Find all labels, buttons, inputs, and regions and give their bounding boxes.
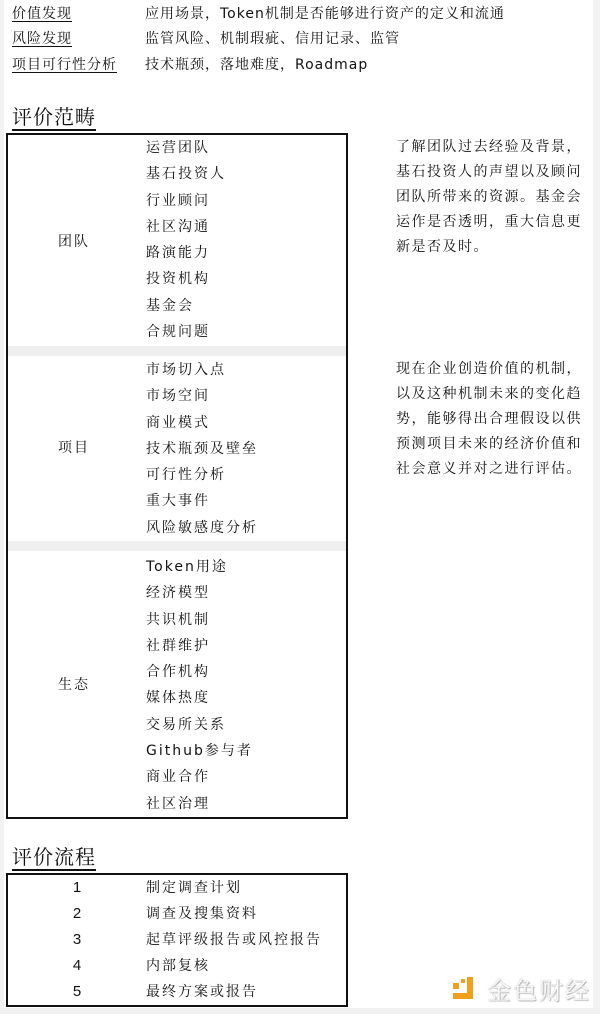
page-edge xyxy=(0,1008,600,1014)
scope-item: 风险敏感度分析 xyxy=(146,515,258,541)
watermark-text: 金色财经 xyxy=(487,971,591,1006)
step-label: 最终方案或报告 xyxy=(146,979,258,1005)
scope-item: 社群维护 xyxy=(146,633,253,659)
scope-item: Token用途 xyxy=(146,554,253,580)
scope-note-team: 了解团队过去经验及背景，基石投资人的声望以及顾问团队所带来的资源。基金会运作是否… xyxy=(396,135,586,260)
step-number: 5 xyxy=(70,979,84,1005)
definition-description: 应用场景，Token机制是否能够进行资产的定义和流通 xyxy=(145,3,505,25)
scope-item: 合作机构 xyxy=(146,659,253,685)
step-number: 4 xyxy=(70,953,84,979)
step-label: 内部复核 xyxy=(146,953,210,979)
page-edge xyxy=(593,0,600,1014)
step-label: 调查及搜集资料 xyxy=(146,901,258,927)
definition-term: 项目可行性分析 xyxy=(12,54,145,76)
group-divider xyxy=(8,541,346,551)
scope-item: 合规问题 xyxy=(146,319,226,345)
process-row: 5 最终方案或报告 xyxy=(8,979,346,1005)
scope-item: 路演能力 xyxy=(146,240,226,266)
definition-row: 项目可行性分析技术瓶颈，落地难度，Roadmap xyxy=(12,54,368,76)
scope-item: 可行性分析 xyxy=(146,462,258,488)
scope-item: 运营团队 xyxy=(146,135,226,161)
process-heading: 评价流程 xyxy=(12,845,96,871)
scope-item: 技术瓶颈及壁垒 xyxy=(146,436,258,462)
scope-item: 社区沟通 xyxy=(146,214,226,240)
scope-item: 商业合作 xyxy=(146,764,253,790)
step-number: 3 xyxy=(70,927,84,953)
scope-item: 基金会 xyxy=(146,293,226,319)
scope-item: 经济模型 xyxy=(146,580,253,606)
page-edge xyxy=(0,0,4,1014)
scope-group-team: 团队 运营团队 基石投资人 行业顾问 社区沟通 路演能力 投资机构 基金会 合规… xyxy=(8,135,346,347)
group-items: Token用途 经济模型 共识机制 社群维护 合作机构 媒体热度 交易所关系 G… xyxy=(146,554,253,817)
scope-item: 社区治理 xyxy=(146,791,253,817)
process-table: 1 制定调查计划 2 调查及搜集资料 3 起草评级报告或风控报告 4 内部复核 … xyxy=(6,873,348,1007)
scope-item: 市场切入点 xyxy=(146,357,258,383)
scope-group-project: 项目 市场切入点 市场空间 商业模式 技术瓶颈及壁垒 可行性分析 重大事件 风险… xyxy=(8,357,346,542)
group-items: 市场切入点 市场空间 商业模式 技术瓶颈及壁垒 可行性分析 重大事件 风险敏感度… xyxy=(146,357,258,541)
process-row: 4 内部复核 xyxy=(8,953,346,979)
definition-row: 价值发现应用场景，Token机制是否能够进行资产的定义和流通 xyxy=(12,3,505,25)
definition-term: 风险发现 xyxy=(12,28,145,50)
group-label: 项目 xyxy=(58,437,108,457)
scope-item: 行业顾问 xyxy=(146,188,226,214)
scope-group-ecosystem: 生态 Token用途 经济模型 共识机制 社群维护 合作机构 媒体热度 交易所关… xyxy=(8,554,346,817)
brand-logo-icon xyxy=(453,977,479,999)
definition-description: 监管风险、机制瑕疵、信用记录、监管 xyxy=(145,28,400,50)
scope-item: 商业模式 xyxy=(146,410,258,436)
group-label: 团队 xyxy=(58,231,108,251)
step-label: 制定调查计划 xyxy=(146,875,242,901)
step-number: 1 xyxy=(70,875,84,901)
scope-item: 基石投资人 xyxy=(146,161,226,187)
definition-term: 价值发现 xyxy=(12,3,145,25)
scope-item: Github参与者 xyxy=(146,738,253,764)
scope-heading: 评价范畴 xyxy=(12,105,96,131)
definition-description: 技术瓶颈，落地难度，Roadmap xyxy=(145,54,368,76)
process-row: 3 起草评级报告或风控报告 xyxy=(8,927,346,953)
scope-item: 投资机构 xyxy=(146,266,226,292)
scope-item: 市场空间 xyxy=(146,383,258,409)
step-number: 2 xyxy=(70,901,84,927)
process-row: 2 调查及搜集资料 xyxy=(8,901,346,927)
scope-item: 共识机制 xyxy=(146,607,253,633)
scope-item: 重大事件 xyxy=(146,488,258,514)
group-items: 运营团队 基石投资人 行业顾问 社区沟通 路演能力 投资机构 基金会 合规问题 xyxy=(146,135,226,345)
scope-item: 交易所关系 xyxy=(146,712,253,738)
definition-row: 风险发现监管风险、机制瑕疵、信用记录、监管 xyxy=(12,28,400,50)
watermark: 金色财经 xyxy=(453,975,591,1001)
group-divider xyxy=(8,346,346,356)
scope-table: 团队 运营团队 基石投资人 行业顾问 社区沟通 路演能力 投资机构 基金会 合规… xyxy=(6,133,348,819)
process-row: 1 制定调查计划 xyxy=(8,875,346,901)
step-label: 起草评级报告或风控报告 xyxy=(146,927,322,953)
scope-note-project: 现在企业创造价值的机制，以及这种机制未来的变化趋势，能够得出合理假设以供预测项目… xyxy=(396,357,586,482)
scope-item: 媒体热度 xyxy=(146,685,253,711)
group-label: 生态 xyxy=(58,674,108,694)
